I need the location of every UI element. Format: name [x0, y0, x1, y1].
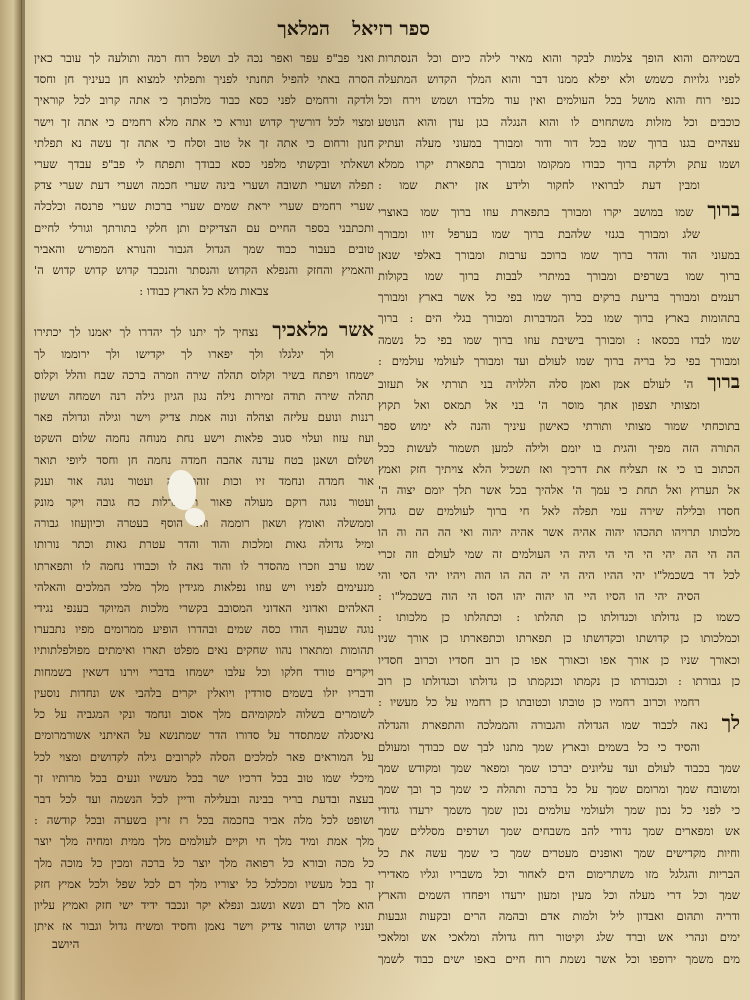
text-line: נוגה שבעוף הודו כסה שמים ובהדרו הופיע ממ…: [34, 619, 374, 640]
text-line: טובים בעבור כבוד שמך הגדול הגבור והנורא …: [34, 239, 374, 260]
text-line: ומצותי תצפון אתך מוסר ה' בני אל תמאס ואל…: [378, 395, 740, 416]
text-line: ומבין דעת לברואיו לחקור ולידע אזן יראת ש…: [378, 175, 740, 196]
text-line: שלג ומבורך בגנזי שלהבת ברוך שמו בערפל זי…: [378, 224, 740, 245]
text-line: על המוראים פאר למלכים הסלה לקרובים גילה …: [34, 747, 374, 768]
text-line: לשומרים בשלוה למקומיהם מלך אסוב ונחמד ונ…: [34, 704, 374, 725]
text-line: מיכלי שמו טוב בכל דרכיו ישר בכל מעשיו ונ…: [34, 768, 374, 789]
text-line: הבריות והגלגל מזו משתרימום הים לאחור וכל…: [378, 864, 740, 885]
text-line: תהלה שירה תודה זמירות נילה נגון הגיון גי…: [34, 386, 374, 407]
text-line: הה הי הה יהי הי הי הי היה הי העולמים זה …: [378, 544, 740, 565]
book-gutter: [22, 0, 25, 1000]
text-line: ומשובח שמך ומרומם שמך על כל ברכה ותהלה כ…: [378, 779, 740, 800]
paper-hole: [185, 508, 205, 526]
text-line: בתהומות בארץ ברוך שמו בכל המדברות ומבורך…: [378, 308, 740, 329]
text-line: ומיל גדולה גאות ומלכות והוד והדר עטרת גא…: [34, 534, 374, 555]
text-line: מנעימים לפניו ויש עוזו נפלאות מגידין מלך…: [34, 577, 374, 598]
text-line: שמך וכל דרי מעלה וכל מעין ומעון ירעדו וי…: [378, 885, 740, 906]
text-line: אור חמדה ונחמד זיו וכות זוהר זה ועטור נו…: [34, 471, 374, 492]
running-header: ספר רזיאל המלאך: [0, 18, 750, 44]
text-line: ושופט לכל מלה אביר בחכמה בכל רז זרין בשע…: [34, 810, 374, 831]
text-line: לכל דר בשכמל"ו יהי ההיו היה הי יה הה הו …: [378, 565, 740, 586]
text-line: ודריה ותהום ואבדון ליל ולמות אדם ובהמה ה…: [378, 906, 740, 927]
text-line: וחיות מקדישים שמך ואופנים מעטרים שמך כי …: [378, 843, 740, 864]
text-line: ומצוי לכל דורשיך קדוש ונורא כי אתה מלא ר…: [34, 112, 374, 133]
initial-word: ברוך: [707, 372, 740, 393]
text-line: רננות ונועם עליזה וצהלה ונוה אמת צדיק וי…: [34, 407, 374, 428]
initial-word: לך: [722, 713, 740, 734]
text-line: חנון ורחום כי אתה זך אל טוב וסלח כי אתה …: [34, 133, 374, 154]
text-line: והסיד כי כל בשמים ובארץ שמך מתנו לבך שם …: [378, 737, 740, 758]
initial-word: ברוך: [707, 200, 740, 221]
catchword: היושב: [52, 937, 79, 952]
text-line: לפניו גלויות כשמש ולא יפלא ממנו דבר והוא…: [378, 69, 740, 90]
text-line: בשמיהם והוא הופך צלמות לבקר והוא מאיר לי…: [378, 48, 740, 69]
text-line: שמו ערב וזכרו מהסדר לו והוד נאה לו וכבוד…: [34, 556, 374, 577]
text-line: כשמו כן גדולתו וכגדולתו כן תהלתו : וכתהל…: [378, 607, 740, 628]
text-line: שמו לבדו בכסאו : ומבורך בישיבת עוזו ברוך…: [378, 330, 740, 351]
initial-words: אשר מלאכיך: [272, 320, 374, 341]
text-line: הוא מלך רם ונשא ונשגב ונפלא יקר ונכבד יד…: [34, 895, 374, 916]
text-line: תפלה ושערי תשובה ושערי בינה שערי חכמה וש…: [34, 175, 374, 196]
text-line: רעמים ומבורך בריעת ברקים ברוך שמו בפי כל…: [378, 287, 740, 308]
text-line: וכאורך שניו כן אורך אפו וכאורך אפו כן רו…: [378, 650, 740, 671]
text-line: ולדקה ורחמים לפני כסא כבוד מלכותך כי אתה…: [34, 90, 374, 111]
text-line: הסרה באתי להפיל תחנתי לפניך ותפלתי למצוא…: [34, 69, 374, 90]
right-text-column: בשמיהם והוא הופך צלמות לבקר והוא מאיר לי…: [378, 48, 740, 970]
text-line: ולך יגלגלו ולך יפארו לך יקדישו ולך ירוממ…: [34, 344, 374, 365]
text-line: כי לפני כל נכון שמך ולעולמי עולמים נכון …: [378, 800, 740, 821]
text-line: עצהיים בגנו ברוך שמו בכל דור ודור ומבורך…: [378, 133, 740, 154]
blessing-paragraph-start: ברוךשמו במושב יקרו ומבורך בתפארת עוזו בר…: [378, 200, 740, 223]
text-line: ושמו עתק ולדקה ברוך כבודו ממקומו ומבורך …: [378, 154, 740, 175]
text-line: ישמחו ויפתח בשיר וקלוס תהלה שירה וזמרה ב…: [34, 365, 374, 386]
header-title-right: ספר רזיאל: [352, 18, 430, 41]
header-title-left: המלאך: [277, 18, 330, 41]
text-line: חסדו ובלילה שירה עמי תפלה לאל חי ברוך לע…: [378, 501, 740, 522]
text-line: נאיסגלה שמתסדר על סדורו הדר שמתנשא על הא…: [34, 725, 374, 746]
blessing-paragraph-start: לךנאה לכבוד שמו הגדולה והגבורה והממלכה ו…: [378, 713, 740, 736]
text-line: בתוכחתי שמור מצותי ותורתי כאישון עיניך ו…: [378, 416, 740, 437]
text-line: ימים ונהרי אש וברד שלג וקיטור רוח גדולה …: [378, 927, 740, 948]
blessing-paragraph-start: ברוךה' לעולם אמן ואמן סלה הללויה בני תור…: [378, 372, 740, 395]
text-line: כוכבים וכל מזלות משתחוים לו והוא הנגלה ב…: [378, 112, 740, 133]
text-line: הסיה יהי הו הסיו היי הו יהוה יהו הסו הי …: [378, 586, 740, 607]
text-line: כנפי רוח והוא מושל בכל העולמים ואין עוד …: [378, 90, 740, 111]
text-line: מים משמך ירופפו וכל אשר נשמת רוח חיים בא…: [378, 949, 740, 970]
text-line: בעצה ובדעת בריר בבינה ובעלילה ודיין לכל …: [34, 789, 374, 810]
text-line: ושאלתי ובקשתי מלפני כסא כבודך ותפתח לי פ…: [34, 154, 374, 175]
text-line: ואני פב"פ עפר ואפר נכה לב ושפל רוח רמה ו…: [34, 48, 374, 69]
text-line: רחמיו וכרוב רחמיו כן טובתו וכטובתו כן רח…: [378, 692, 740, 713]
text-line: התורה הזה מפיך והגית בו יומם ולילה למען …: [378, 438, 740, 459]
text-line: במעוני הוד והדר ברוך שמו ברוכב ערבות ומב…: [378, 245, 740, 266]
text-line: ותכתבני בספר החיים עם הצדיקים ותן חלקי ב…: [34, 218, 374, 239]
text-line: וכמלכותו כן קדושתו וכקדושתו כן תפארתו וכ…: [378, 628, 740, 649]
text-line: הכתוב בו כי אז תצליח את דרכיך ואז תשכיל …: [378, 459, 740, 480]
text-line: ומבורך בפי כל בריה ברוך שמו לעולם ועד ומ…: [378, 351, 740, 372]
facing-page-edge: [0, 0, 22, 1000]
text-line: אל תערוץ ואל תחת כי עמך ה' אלהיך בכל אשר…: [378, 480, 740, 501]
text-line: כן גבורתו : וכגבורתו כן נקמתו וכנקמתו כן…: [378, 671, 740, 692]
text-line: אש ומפארים שמך גדודי להב משבחים שמך ושרפ…: [378, 821, 740, 842]
text-line: ושלום ושאנן בטח עדנה אהבה חמדה נחמה חן ו…: [34, 450, 374, 471]
text-line: שמך בכבוד לעולם ועד עליונים יברכו שמך ומ…: [378, 758, 740, 779]
scanned-page: ספר רזיאל המלאך בשמיהם והוא הופך צלמות ל…: [0, 0, 750, 1000]
text-line: ויקרים טורד חלקו וכל עלבו ישמחו בדברי וי…: [34, 662, 374, 683]
text-line: שערי רחמים שערי יראת שמים שערי ברכות שער…: [34, 196, 374, 217]
closing-line: צבאות מלא כל הארץ כבודו :: [34, 281, 374, 302]
text-line: ועטור נוגה רוקם מעולה פאור ת ברלות כח גו…: [34, 492, 374, 513]
section-gap: [34, 302, 374, 320]
text-line: ועוז עזוז ועלוי סגוב פלאות וישע נחת מנוח…: [34, 428, 374, 449]
text-line: ברוך שמו בשרפים ומבורך במיתרי לבבות ברוך…: [378, 266, 740, 287]
text-line: זך בכל מעשיו ומכלכל כל יצוריו מלך רם לכל…: [34, 874, 374, 895]
text-line: כל מכה ובורא כל רפואה מלך יוצר כל ברכה ו…: [34, 853, 374, 874]
text-line: האלהים ואדוני האדוני המסובב בקשרי מלכות …: [34, 598, 374, 619]
text-line: והאמיץ והחזק והנפלא הקדוש והנסתר והנכבד …: [34, 260, 374, 281]
text-line: מלך אמת ומיד מלך חי וקיים לעולמים מלך ממ…: [34, 831, 374, 852]
text-line: ודבריו יזלו בשמים סורדין ויואלין יקרים ב…: [34, 683, 374, 704]
text-line: ועניו קדוש וטהור צדיק וישר נאמן וחסיד ומ…: [34, 916, 374, 937]
left-text-column: ואני פב"פ עפר ואפר נכה לב ושפל רוח רמה ו…: [34, 48, 374, 937]
text-line: תהומות ומתארו נהוו שחקים נאים מפלט תארו …: [34, 640, 374, 661]
section-start: אשר מלאכיךנצחיך לך יתנו לך יהדרו לך יאמנ…: [34, 320, 374, 343]
text-line: מלכותו תרויהו תהכהו יהוה אהיה אשר אהיה י…: [378, 522, 740, 543]
